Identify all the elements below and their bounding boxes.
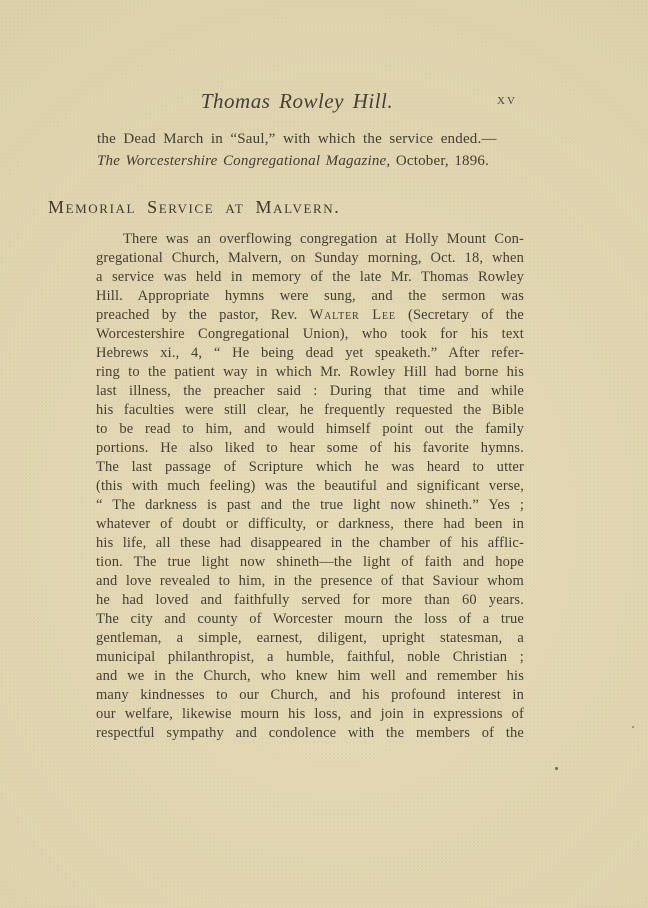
body-paragraph: There was an overflowing congregation at… [96,230,524,743]
body-text-line: gentleman, a simple, earnest, diligent, … [96,629,524,648]
body-text-line: portions. He also liked to hear some of … [96,439,524,458]
running-header: Thomas Rowley Hill. xv [0,88,648,118]
body-text-line: Hebrews xi., 4, “ He being dead yet spea… [96,344,524,363]
body-text-line: many kindnesses to our Church, and his p… [96,686,524,705]
body-text-line: “ The darkness is past and the true ligh… [96,496,524,515]
body-text-line: a service was held in memory of the late… [96,268,524,287]
book-page-scan: Thomas Rowley Hill. xv the Dead March in… [0,0,648,908]
body-text-line: municipal philanthropist, a humble, fait… [96,648,524,667]
body-text-line: (this with much feeling) was the beautif… [96,477,524,496]
body-text-line: Worcestershire Congregational Union), wh… [96,325,524,344]
body-text-line: he had loved and faithfully served for m… [96,591,524,610]
body-text-line: preached by the pastor, Rev. Walter Lee … [96,306,524,325]
body-text-line: our welfare, likewise mourn his loss, an… [96,705,524,724]
body-text-line: respectful sympathy and condolence with … [96,724,524,743]
excerpt-line: the Dead March in “Saul,” with which the… [97,129,525,151]
body-text-line: to be read to him, and would himself poi… [96,420,524,439]
scan-speck [632,726,634,728]
running-header-title: Thomas Rowley Hill. [80,88,514,114]
body-text-line: last illness, the preacher said : During… [96,382,524,401]
body-text-line: The last passage of Scripture which he w… [96,458,524,477]
scan-speck [555,767,558,770]
body-text-line: and we in the Church, who knew him well … [96,667,524,686]
body-text-line: tion. The true light now shineth—the lig… [96,553,524,572]
body-text-line: whatever of doubt or difficulty, or dark… [96,515,524,534]
body-text-line: Hill. Appropriate hymns were sung, and t… [96,287,524,306]
excerpt-paragraph: the Dead March in “Saul,” with which the… [97,129,525,172]
page-number: xv [497,92,517,109]
body-text-line: his faculties were still clear, he frequ… [96,401,524,420]
smallcaps-name: Walter Lee [310,307,396,323]
excerpt-citation: The Worcestershire Congregational Magazi… [97,151,525,173]
body-text-line: The city and county of Worcester mourn t… [96,610,524,629]
text-segment: (Secretary of the [396,307,524,323]
body-text-line: ring to the patient way in which Mr. Row… [96,363,524,382]
body-text-line: his life, all these had disappeared in t… [96,534,524,553]
citation-date: October, 1896. [390,153,489,169]
section-heading: Memorial Service at Malvern. [48,195,608,219]
body-text-line: gregational Church, Malvern, on Sunday m… [96,249,524,268]
body-text-line: and love revealed to him, in the presenc… [96,572,524,591]
body-text-line: There was an overflowing congregation at… [96,230,524,249]
citation-source: The Worcestershire Congregational Magazi… [97,153,390,169]
text-segment: preached by the pastor, Rev. [96,307,310,323]
